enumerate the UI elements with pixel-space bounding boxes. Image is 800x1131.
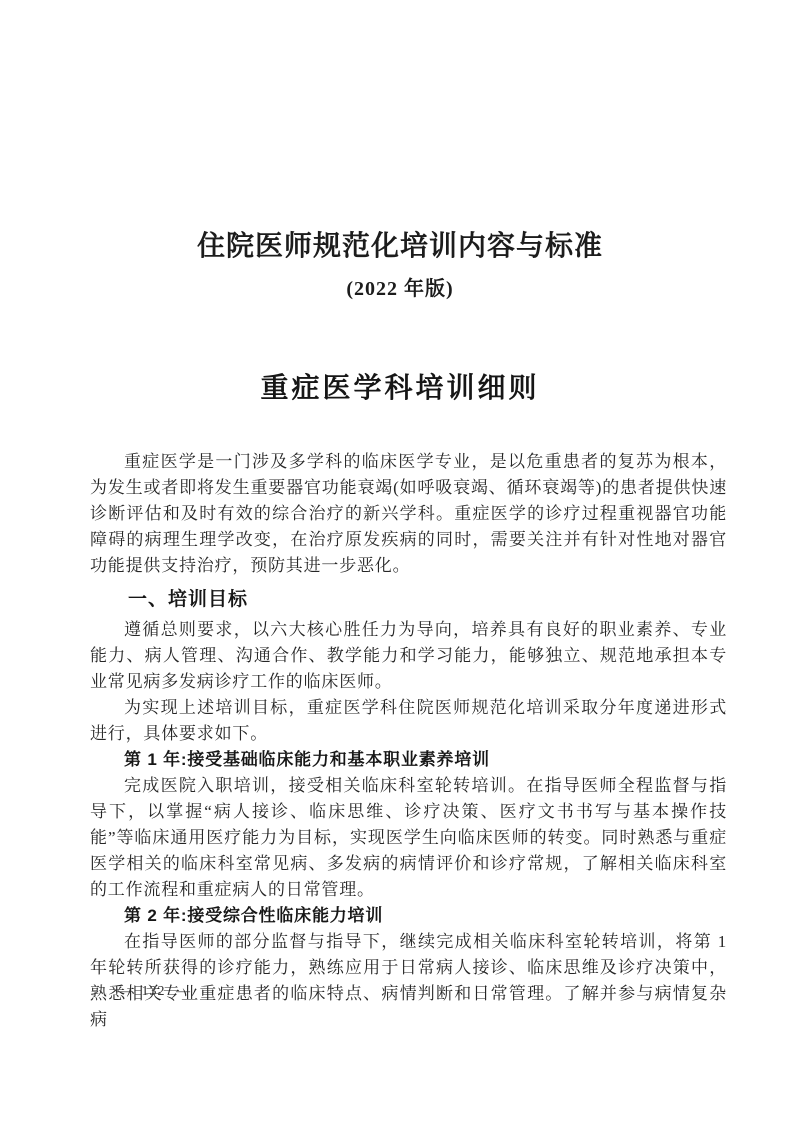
year1-heading: 第 1 年:接受基础临床能力和基本职业素养培训 xyxy=(90,747,727,773)
year2-heading: 第 2 年:接受综合性临床能力培训 xyxy=(90,903,727,929)
chapter-title: 重症医学科培训细则 xyxy=(0,366,800,406)
edition-label: (2022 年版) xyxy=(0,272,800,301)
body-text: 重症医学是一门涉及多学科的临床医学专业，是以危重患者的复苏为根本，为发生或者即将… xyxy=(90,449,727,1033)
year2-paragraph: 在指导医师的部分监督与指导下，继续完成相关临床科室轮转培训，将第 1 年轮转所获… xyxy=(90,929,727,1033)
intro-paragraph: 重症医学是一门涉及多学科的临床医学专业，是以危重患者的复苏为根本，为发生或者即将… xyxy=(90,449,727,579)
section-heading-training-objectives: 一、培训目标 xyxy=(90,579,727,617)
page-number: — 132 — xyxy=(116,984,191,1000)
document-page: 住院医师规范化培训内容与标准 (2022 年版) 重症医学科培训细则 重症医学是… xyxy=(0,0,800,1131)
year1-paragraph: 完成医院入职培训，接受相关临床科室轮转培训。在指导医师全程监督与指导下，以掌握“… xyxy=(90,773,727,903)
objective-paragraph: 遵循总则要求，以六大核心胜任力为导向，培养具有良好的职业素养、专业能力、病人管理… xyxy=(90,617,727,695)
book-title: 住院医师规范化培训内容与标准 xyxy=(0,224,800,264)
plan-paragraph: 为实现上述培训目标，重症医学科住院医师规范化培训采取分年度递进形式进行，具体要求… xyxy=(90,695,727,747)
